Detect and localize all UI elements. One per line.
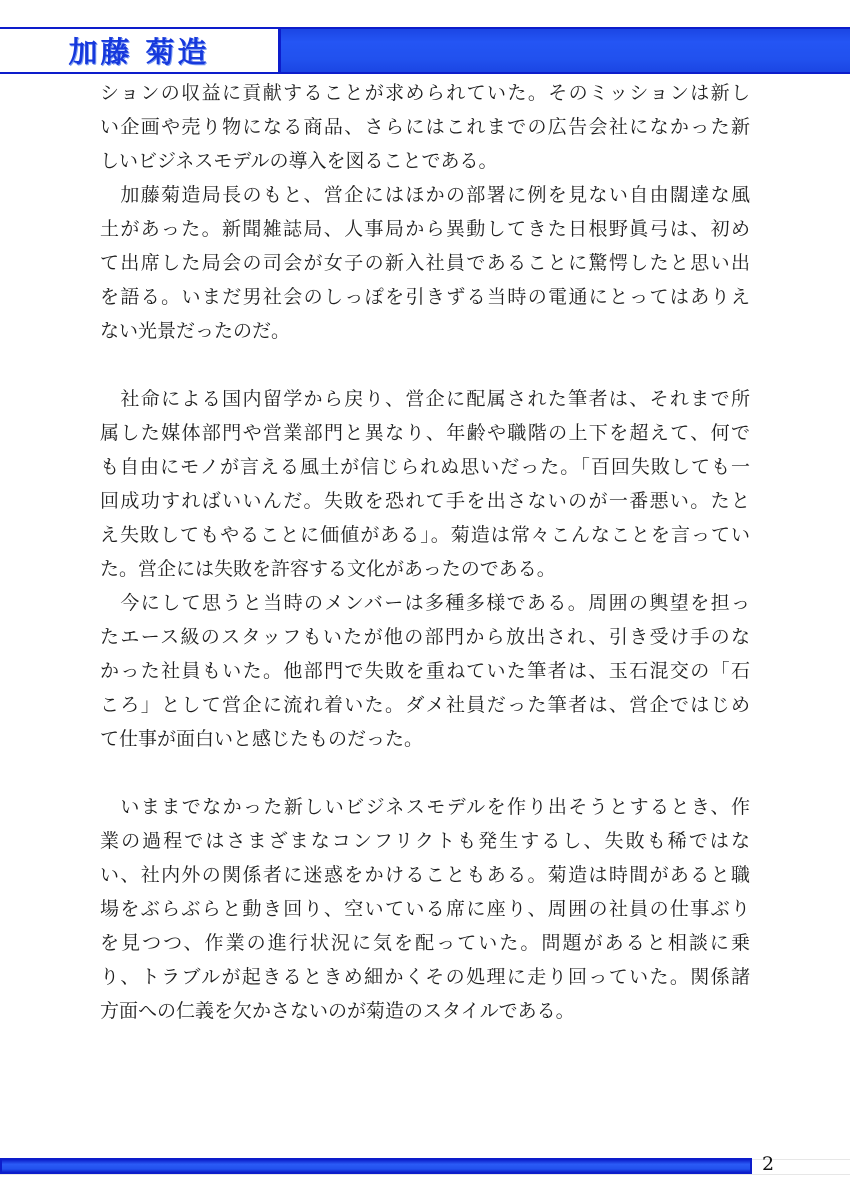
- text-line: 社命による国内留学から戻り、営企に配属された筆者は、それまで所: [100, 382, 750, 416]
- text-line: り、トラブルが起きるときめ細かくその処理に走り回っていた。関係諸: [100, 960, 750, 994]
- body-text: ションの収益に貢献することが求められていた。そのミッションは新しい企画や売り物に…: [100, 76, 750, 1028]
- paragraph: 社命による国内留学から戻り、営企に配属された筆者は、それまで所属した媒体部門や営…: [100, 382, 750, 586]
- footer-blue-bar: [0, 1158, 752, 1174]
- paragraph: 今にして思うと当時のメンバーは多種多様である。周囲の輿望を担ったエース級のスタッ…: [100, 586, 750, 756]
- text-line: かった社員もいた。他部門で失敗を重ねていた筆者は、玉石混交の「石: [100, 654, 750, 688]
- text-line: を語る。いまだ男社会のしっぽを引きずる当時の電通にとってはありえ: [100, 280, 750, 314]
- text-line: 今にして思うと当時のメンバーは多種多様である。周囲の輿望を担っ: [100, 586, 750, 620]
- header-title-box: 加藤 菊造: [0, 29, 281, 72]
- text-line: て出席した局会の司会が女子の新入社員であることに驚愕したと思い出: [100, 246, 750, 280]
- text-line: 場をぶらぶらと動き回り、空いている席に座り、周囲の社員の仕事ぶり: [100, 892, 750, 926]
- text-line: たエース級のスタッフもいたが他の部門から放出され、引き受け手のな: [100, 620, 750, 654]
- page-header: 加藤 菊造: [0, 27, 850, 74]
- paragraph: 加藤菊造局長のもと、営企にはほかの部署に例を見ない自由闊達な風土があった。新聞雑…: [100, 178, 750, 348]
- text-line: い企画や売り物になる商品、さらにはこれまでの広告会社になかった新: [100, 110, 750, 144]
- page-number: 2: [762, 1153, 774, 1175]
- paragraph: ションの収益に貢献することが求められていた。そのミッションは新しい企画や売り物に…: [100, 76, 750, 178]
- text-line: い、社内外の関係者に迷惑をかけることもある。菊造は時間があると職: [100, 858, 750, 892]
- text-line: 業の過程ではさまざまなコンフリクトも発生するし、失敗も稀ではな: [100, 824, 750, 858]
- header-blue-bar: [281, 29, 850, 72]
- text-line: 方面への仁義を欠かさないのが菊造のスタイルである。: [100, 994, 750, 1028]
- text-line: て仕事が面白いと感じたものだった。: [100, 722, 750, 756]
- footer-hairline-bottom: [0, 1174, 850, 1175]
- text-line: を見つつ、作業の進行状況に気を配っていた。問題があると相談に乗: [100, 926, 750, 960]
- text-line: 回成功すればいいんだ。失敗を恐れて手を出さないのが一番悪い。たと: [100, 484, 750, 518]
- document-page: 加藤 菊造 ションの収益に貢献することが求められていた。そのミッションは新しい企…: [0, 0, 850, 1202]
- text-line: 属した媒体部門や営業部門と異なり、年齢や職階の上下を超えて、何で: [100, 416, 750, 450]
- text-line: 土があった。新聞雑誌局、人事局から異動してきた日根野眞弓は、初め: [100, 212, 750, 246]
- text-line: しいビジネスモデルの導入を図ることである。: [100, 144, 750, 178]
- text-line: いままでなかった新しいビジネスモデルを作り出そうとするとき、作: [100, 790, 750, 824]
- text-line: 加藤菊造局長のもと、営企にはほかの部署に例を見ない自由闊達な風: [100, 178, 750, 212]
- chapter-title: 加藤 菊造: [68, 30, 209, 71]
- text-line: ころ」として営企に流れ着いた。ダメ社員だった筆者は、営企ではじめ: [100, 688, 750, 722]
- paragraph: いままでなかった新しいビジネスモデルを作り出そうとするとき、作業の過程ではさまざ…: [100, 790, 750, 1028]
- text-line: も自由にモノが言える風土が信じられぬ思いだった。「百回失敗しても一: [100, 450, 750, 484]
- text-line: ションの収益に貢献することが求められていた。そのミッションは新し: [100, 76, 750, 110]
- text-line: た。営企には失敗を許容する文化があったのである。: [100, 552, 750, 586]
- text-line: ない光景だったのだ。: [100, 314, 750, 348]
- text-line: え失敗してもやることに価値がある」。菊造は常々こんなことを言ってい: [100, 518, 750, 552]
